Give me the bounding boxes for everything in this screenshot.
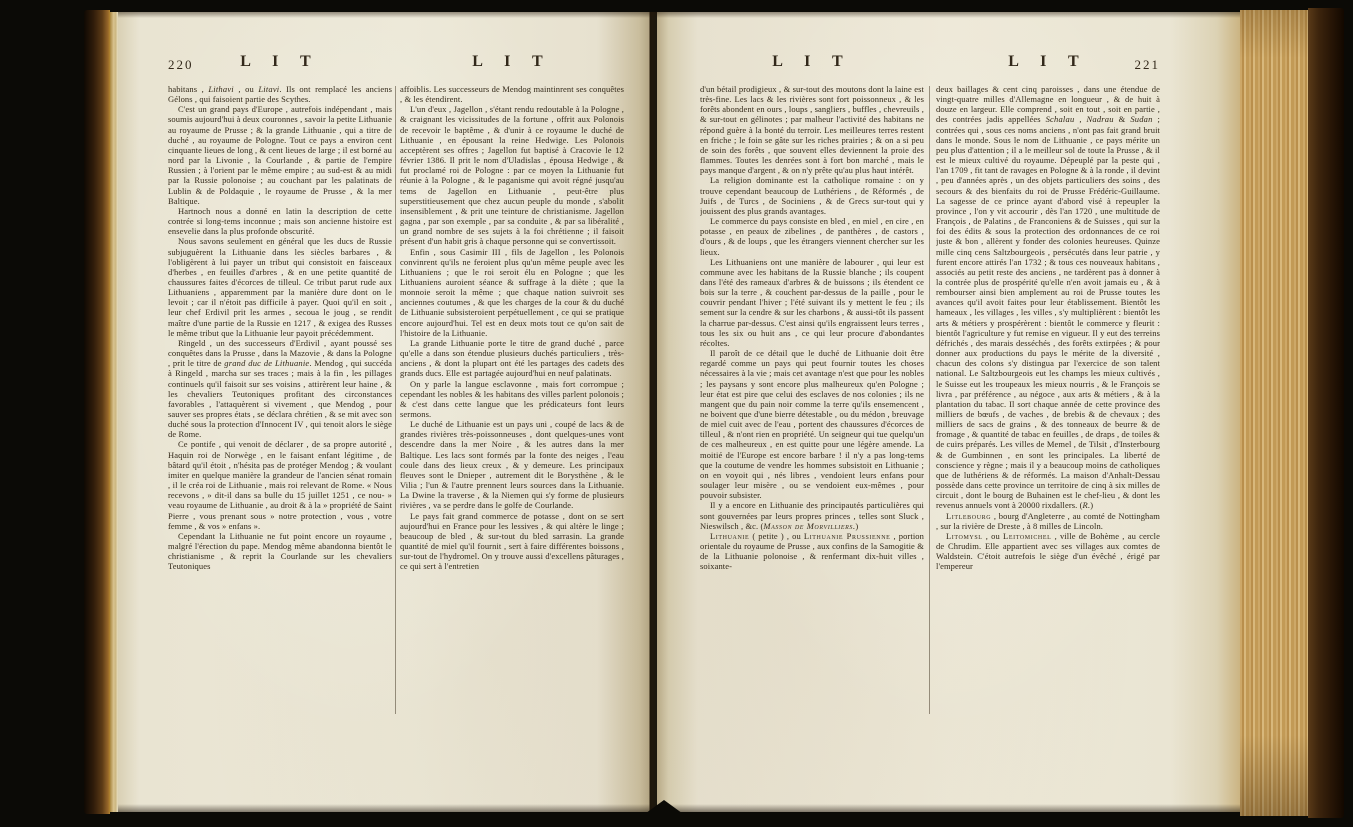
paragraph: habitans , Lithavi , ou Litavi. Ils ont … xyxy=(168,84,392,104)
paragraph: d'un bétail prodigieux , & sur-tout des … xyxy=(700,84,924,175)
paragraph: Le duché de Lithuanie est un pays uni , … xyxy=(400,419,624,510)
paragraph: Le commerce du pays consiste en bled , e… xyxy=(700,216,924,257)
leather-cover-right xyxy=(1308,8,1344,818)
paragraph: Litomysl , ou Leitomichel , ville de Boh… xyxy=(936,531,1160,572)
top-edge-shadow xyxy=(118,12,1240,18)
text-column-1: habitans , Lithavi , ou Litavi. Ils ont … xyxy=(168,84,392,718)
running-title: L I T xyxy=(400,53,624,71)
paragraph: Ringeld , un des successeurs d'Erdivil ,… xyxy=(168,338,392,440)
paragraph: Ce pontife , qui venoit de déclarer , de… xyxy=(168,439,392,530)
paragraph: La grande Lithuanie porte le titre de gr… xyxy=(400,338,624,379)
gutter-bottom-notch xyxy=(642,800,686,816)
paragraph: Il paroît de ce détail que le duché de L… xyxy=(700,348,924,500)
page-edge-left xyxy=(110,12,118,812)
paragraph: Hartnoch nous a donné en latin la descri… xyxy=(168,206,392,236)
paragraph: C'est un grand pays d'Europe , autrefois… xyxy=(168,104,392,206)
running-title: L I T xyxy=(168,53,392,71)
paragraph: affoiblis. Les successeurs de Mendog mai… xyxy=(400,84,624,104)
paragraph: On y parle la langue esclavonne , mais f… xyxy=(400,379,624,420)
running-title: L I T xyxy=(700,53,924,71)
paragraph: Litlebourg , bourg d'Angleterre , au com… xyxy=(936,511,1160,531)
fore-edge-page-stack xyxy=(1240,10,1308,816)
paragraph: Il y a encore en Lithuanie des principau… xyxy=(700,500,924,530)
paragraph: Enfin , sous Casimir III , fils de Jagel… xyxy=(400,247,624,338)
text-column-4: deux baillages & cent cinq paroisses , d… xyxy=(936,84,1160,718)
leather-cover-left xyxy=(84,10,110,814)
text-column-3: d'un bétail prodigieux , & sur-tout des … xyxy=(700,84,924,718)
page-number-right: 221 xyxy=(1120,57,1160,73)
column-rule xyxy=(929,86,930,714)
paragraph: deux baillages & cent cinq paroisses , d… xyxy=(936,84,1160,511)
paragraph: Le pays fait grand commerce de potasse ,… xyxy=(400,511,624,572)
paragraph: Les Lithuaniens ont une manière de labou… xyxy=(700,257,924,348)
paragraph: La religion dominante est la catholique … xyxy=(700,175,924,216)
column-rule xyxy=(395,86,396,714)
paragraph: Lithuanie ( petite ) , ou Lithuanie Prus… xyxy=(700,531,924,572)
paragraph: Cependant la Lithuanie ne fut point enco… xyxy=(168,531,392,572)
paragraph: L'un d'eux , Jagellon , s'étant rendu re… xyxy=(400,104,624,246)
book-spine-gutter xyxy=(649,12,657,812)
paragraph: Nous savons seulement en général que les… xyxy=(168,236,392,338)
text-column-2: affoiblis. Les successeurs de Mendog mai… xyxy=(400,84,624,718)
book-photograph: 220 L I T L I T L I T L I T 221 habitans… xyxy=(0,0,1353,827)
